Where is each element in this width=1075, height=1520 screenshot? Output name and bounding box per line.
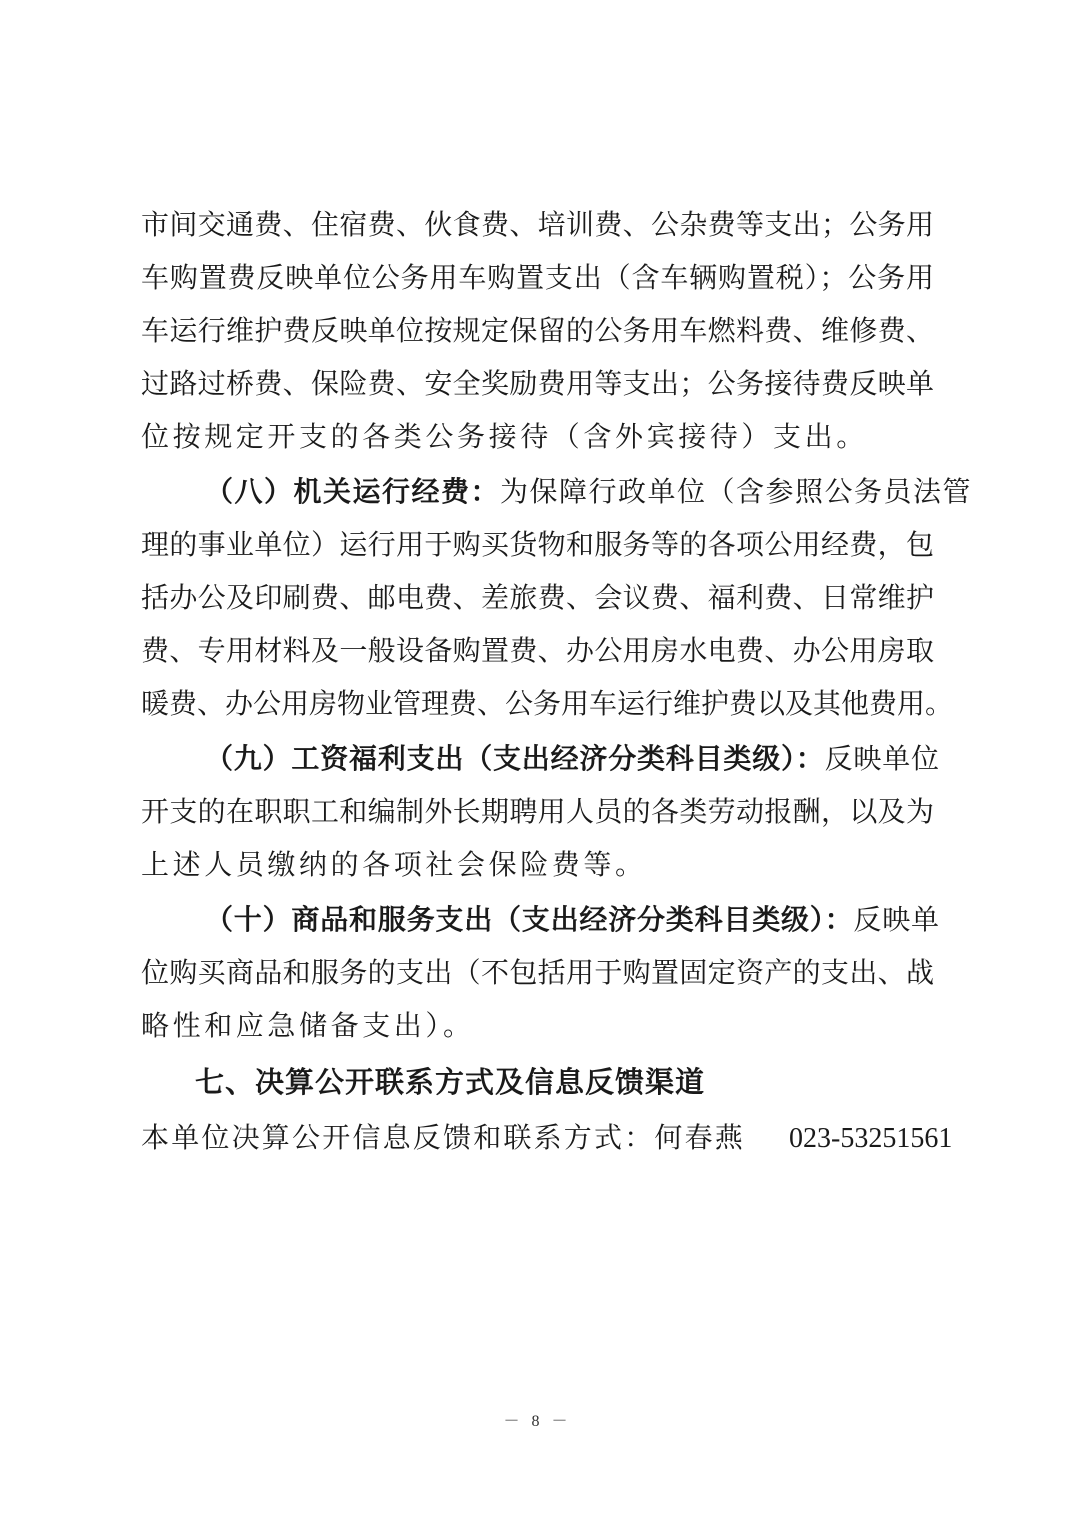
- paragraph-line: 括办公及印刷费、邮电费、差旅费、会议费、福利费、日常维护: [141, 580, 934, 616]
- contact-phone: 023-53251561: [789, 1123, 952, 1154]
- term-wages-welfare: （九）工资福利支出（支出经济分类科目类级）：: [205, 742, 825, 775]
- paragraph-line: 过路过桥费、保险费、安全奖励费用等支出；公务接待费反映单: [141, 366, 934, 402]
- paragraph-line: 理的事业单位）运行用于购买货物和服务等的各项公用经费，包: [141, 527, 934, 563]
- paragraph-text: 为保障行政单位（含参照公务员法管: [500, 475, 972, 508]
- contact-line: 本单位决算公开信息反馈和联系方式：何春燕023-53251561: [141, 1120, 941, 1156]
- paragraph-line: 车运行维护费反映单位按规定保留的公务用车燃料费、维修费、: [141, 313, 934, 349]
- term-org-operating-funds: （八）机关运行经费：: [205, 475, 500, 508]
- paragraph-line: 费、专用材料及一般设备购置费、办公用房水电费、办公用房取: [141, 633, 934, 669]
- paragraph-text: 反映单位: [825, 742, 940, 775]
- paragraph-line: 略性和应急储备支出）。: [141, 1008, 941, 1044]
- paragraph-line: 车购置费反映单位公务用车购置支出（含车辆购置税）；公务用: [141, 260, 934, 296]
- term-goods-services: （十）商品和服务支出（支出经济分类科目类级）：: [205, 903, 853, 936]
- paragraph-line: 暖费、办公用房物业管理费、公务用车运行维护费以及其他费用。: [141, 686, 934, 722]
- paragraph-line: 市间交通费、住宿费、伙食费、培训费、公杂费等支出；公务用: [141, 207, 934, 243]
- paragraph-10-first-line: （十）商品和服务支出（支出经济分类科目类级）：反映单: [205, 902, 935, 938]
- contact-label: 本单位决算公开信息反馈和联系方式：何春燕: [141, 1121, 745, 1154]
- document-page: 市间交通费、住宿费、伙食费、培训费、公杂费等支出；公务用 车购置费反映单位公务用…: [0, 0, 1075, 1520]
- section-heading: 七、决算公开联系方式及信息反馈渠道: [195, 1064, 705, 1100]
- paragraph-text: 反映单: [853, 903, 939, 936]
- paragraph-line: 上述人员缴纳的各项社会保险费等。: [141, 847, 941, 883]
- paragraph-8-first-line: （八）机关运行经费：为保障行政单位（含参照公务员法管: [205, 474, 935, 510]
- paragraph-line: 位购买商品和服务的支出（不包括用于购置固定资产的支出、战: [141, 955, 934, 991]
- paragraph-9-first-line: （九）工资福利支出（支出经济分类科目类级）：反映单位: [205, 741, 935, 777]
- paragraph-line: 位按规定开支的各类公务接待（含外宾接待）支出。: [141, 419, 941, 455]
- paragraph-line: 开支的在职职工和编制外长期聘用人员的各类劳动报酬，以及为: [141, 794, 934, 830]
- page-number: － 8 －: [0, 1408, 1075, 1431]
